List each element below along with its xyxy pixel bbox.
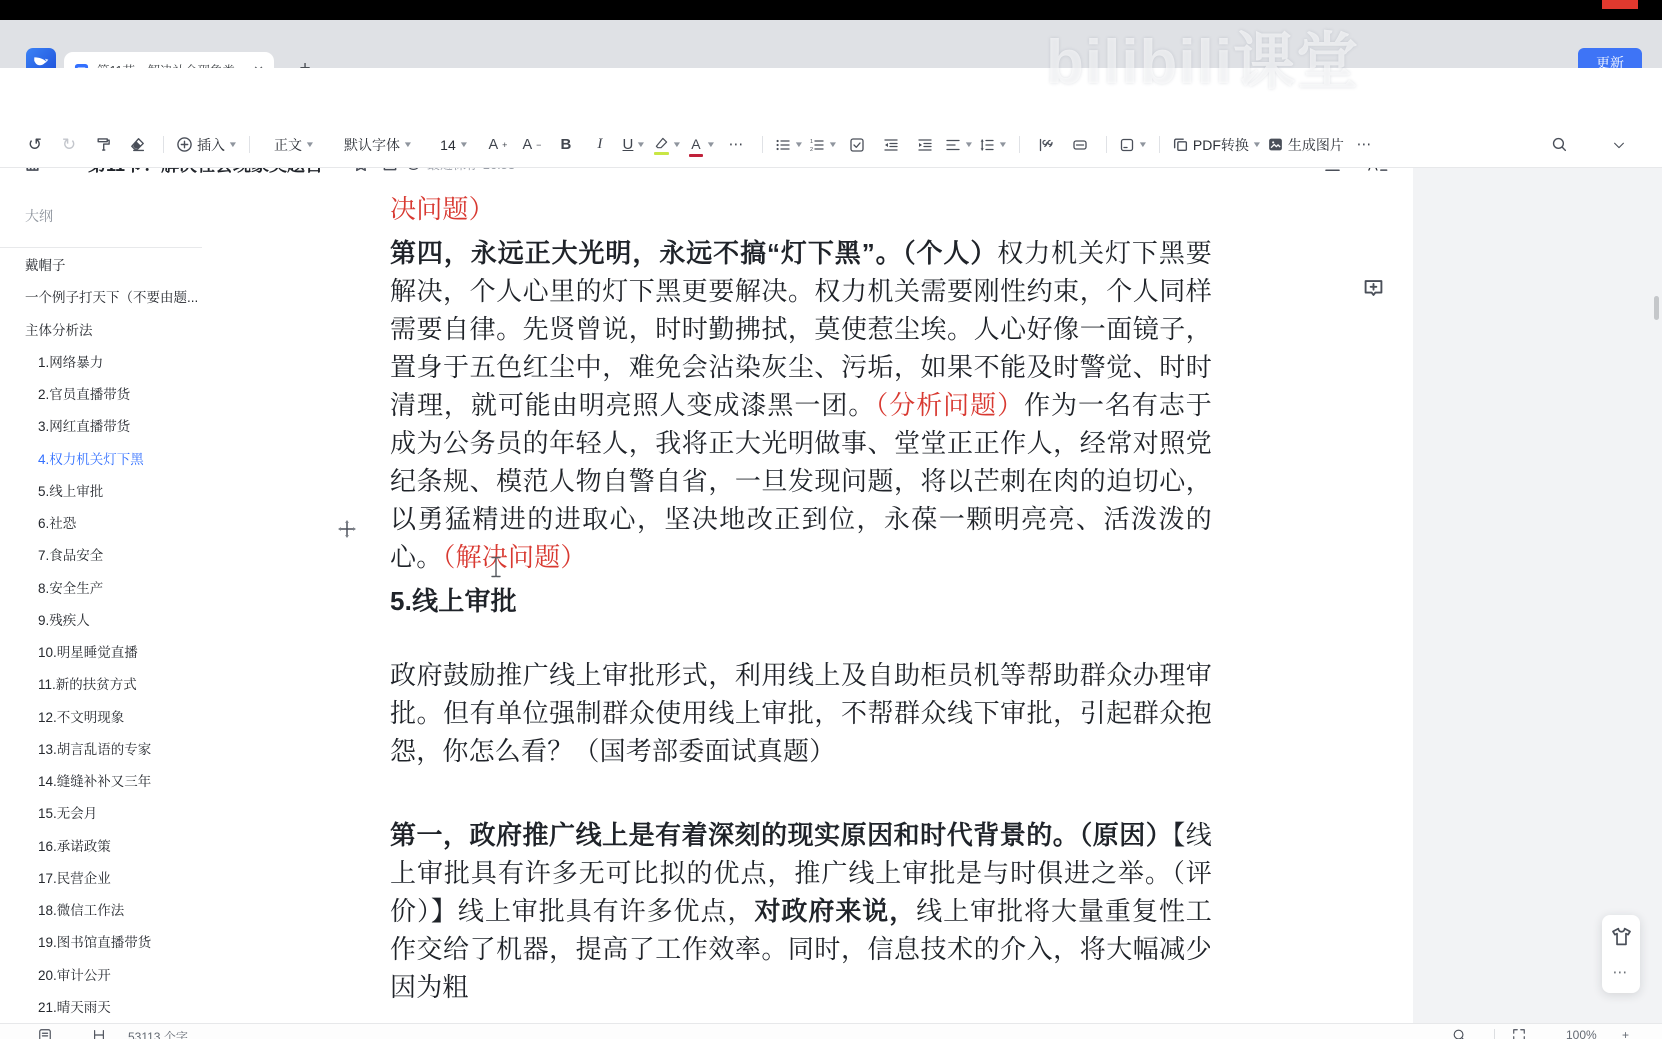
font-size-select[interactable]: 14▼ (427, 130, 481, 160)
more-tools-button[interactable]: ⋯ (1347, 130, 1381, 160)
browser-tab-bar: 第11节：解决社会现象类... ✕ + 更新 (0, 20, 1662, 68)
indent-button[interactable] (908, 130, 942, 160)
doc-header: ▼ 第11节：解决社会现象类题目 最近保存 16:53 A 分享 (0, 68, 1662, 122)
align-button[interactable]: ▼ (942, 130, 976, 160)
increase-font-button[interactable]: A+ (481, 130, 515, 160)
find-icon[interactable] (1452, 1028, 1466, 1039)
outline-item[interactable]: 18.微信工作法 (0, 894, 250, 926)
outline-item[interactable]: 20.审计公开 (0, 959, 250, 991)
outline-item[interactable]: 9.残疾人 (0, 604, 250, 636)
outline-item[interactable]: 一个例子打天下（不要由题... (0, 281, 250, 313)
outline-item[interactable]: 8.安全生产 (0, 572, 250, 604)
top-black-strip (0, 0, 1662, 20)
redo-button[interactable]: ↻ (52, 130, 86, 160)
outline-item[interactable]: 19.图书馆直播带货 (0, 926, 250, 958)
clear-format-button[interactable] (120, 130, 154, 160)
generate-image-button[interactable]: 生成图片 (1264, 130, 1347, 160)
decrease-font-button[interactable]: A− (515, 130, 549, 160)
outline-item[interactable]: 2.官员直播带货 (0, 378, 250, 410)
vertical-scrollbar[interactable] (1654, 296, 1659, 320)
doc-heading: 5.线上审批 (390, 582, 1212, 620)
highlight-block-button[interactable] (1063, 130, 1097, 160)
ordered-list-button[interactable]: 12 ▼ (806, 130, 840, 160)
undo-button[interactable]: ↺ (18, 130, 52, 160)
doc-paragraph: 政府鼓励推广线上审批形式，利用线上及自助柜员机等帮助群众办理审批。但有单位强制群… (390, 656, 1212, 770)
insert-window-icon[interactable] (38, 1028, 52, 1039)
outline-item[interactable]: 21.晴天雨天 (0, 991, 250, 1023)
doc-paragraph: 决问题） (390, 190, 1212, 228)
move-cursor-artifact (338, 520, 356, 538)
line-spacing-button[interactable]: ▼ (976, 130, 1010, 160)
collapse-toolbar-icon[interactable] (1602, 130, 1636, 160)
highlight-color-button[interactable]: ▼ (651, 130, 685, 160)
outline-item[interactable]: 14.缝缝补补又三年 (0, 765, 250, 797)
insert-button[interactable]: 插入▼ (173, 130, 240, 160)
word-count: 53113 个字 (128, 1028, 188, 1039)
outline-item[interactable]: 16.承诺政策 (0, 830, 250, 862)
outline-item[interactable]: 1.网络暴力 (0, 346, 250, 378)
bullet-list-button[interactable]: ▼ (772, 130, 806, 160)
bold-button[interactable]: B (549, 130, 583, 160)
fit-width-icon[interactable] (1512, 1028, 1526, 1039)
task-list-button[interactable] (840, 130, 874, 160)
search-icon[interactable] (1542, 130, 1576, 160)
italic-button[interactable]: I (583, 130, 617, 160)
format-toolbar: ↺ ↻ 插入▼ 正文▼ 默认字体▼ 14▼ A+ A− B I U▼ ▼ A ▼… (0, 122, 1662, 168)
font-color-button[interactable]: A ▼ (685, 130, 719, 160)
outline-item[interactable]: 3.网红直播带货 (0, 410, 250, 442)
doc-map-icon[interactable] (92, 1028, 106, 1039)
font-family-select[interactable]: 默认字体▼ (329, 130, 427, 160)
ibeam-cursor-artifact (490, 556, 502, 578)
outline-item[interactable]: 15.无会月 (0, 797, 250, 829)
outline-item[interactable]: 12.不文明现象 (0, 701, 250, 733)
page-right-gutter (1413, 168, 1662, 1023)
outline-divider (0, 247, 202, 248)
doc-paragraph: 第一，政府推广线上是有着深刻的现实原因和时代背景的。（原因）【线上审批具有许多无… (390, 816, 1212, 1006)
zoom-in-icon[interactable]: + (1622, 1028, 1629, 1039)
quote-button[interactable] (1029, 130, 1063, 160)
card-view-button[interactable]: ▼ (1116, 130, 1150, 160)
add-comment-icon[interactable] (1362, 276, 1385, 299)
outline-item[interactable]: 4.权力机关灯下黑 (0, 443, 250, 475)
outline-item[interactable]: 17.民营企业 (0, 862, 250, 894)
outline-item[interactable]: 主体分析法 (0, 314, 250, 346)
status-bar: 53113 个字 100% + (0, 1023, 1662, 1039)
svg-text:2: 2 (810, 147, 813, 153)
svg-text:1: 1 (810, 139, 813, 145)
outline-item[interactable]: 戴帽子 (0, 249, 250, 281)
paragraph-style-select[interactable]: 正文▼ (259, 130, 329, 160)
more-floating-icon[interactable]: ⋯ (1613, 963, 1630, 981)
recording-indicator (1602, 0, 1638, 9)
outdent-button[interactable] (874, 130, 908, 160)
pdf-convert-button[interactable]: PDF转换▼ (1169, 130, 1264, 160)
outline-item[interactable]: 11.新的扶贫方式 (0, 668, 250, 700)
doc-paragraph: 第四，永远正大光明，永远不搞“灯下黑”。（个人）权力机关灯下黑要解决，个人心里的… (390, 234, 1212, 576)
outline-item[interactable]: 7.食品安全 (0, 539, 250, 571)
zoom-level[interactable]: 100% (1566, 1028, 1597, 1039)
floating-tools: ⋯ (1602, 915, 1640, 993)
more-format-button[interactable]: ⋯ (719, 130, 753, 160)
document-body[interactable]: 决问题）第四，永远正大光明，永远不搞“灯下黑”。（个人）权力机关灯下黑要解决，个… (390, 190, 1212, 1006)
theme-tshirt-icon[interactable] (1611, 927, 1632, 946)
outline-item[interactable]: 6.社恐 (0, 507, 250, 539)
outline-panel-title: 大纲 (25, 206, 53, 226)
outline-list: 戴帽子 一个例子打天下（不要由题... 主体分析法 1.网络暴力 2.官员直播带… (0, 249, 250, 1023)
underline-button[interactable]: U▼ (617, 130, 651, 160)
outline-item[interactable]: 5.线上审批 (0, 475, 250, 507)
outline-item[interactable]: 10.明星睡觉直播 (0, 636, 250, 668)
outline-item[interactable]: 13.胡言乱语的专家 (0, 733, 250, 765)
format-painter-button[interactable] (86, 130, 120, 160)
